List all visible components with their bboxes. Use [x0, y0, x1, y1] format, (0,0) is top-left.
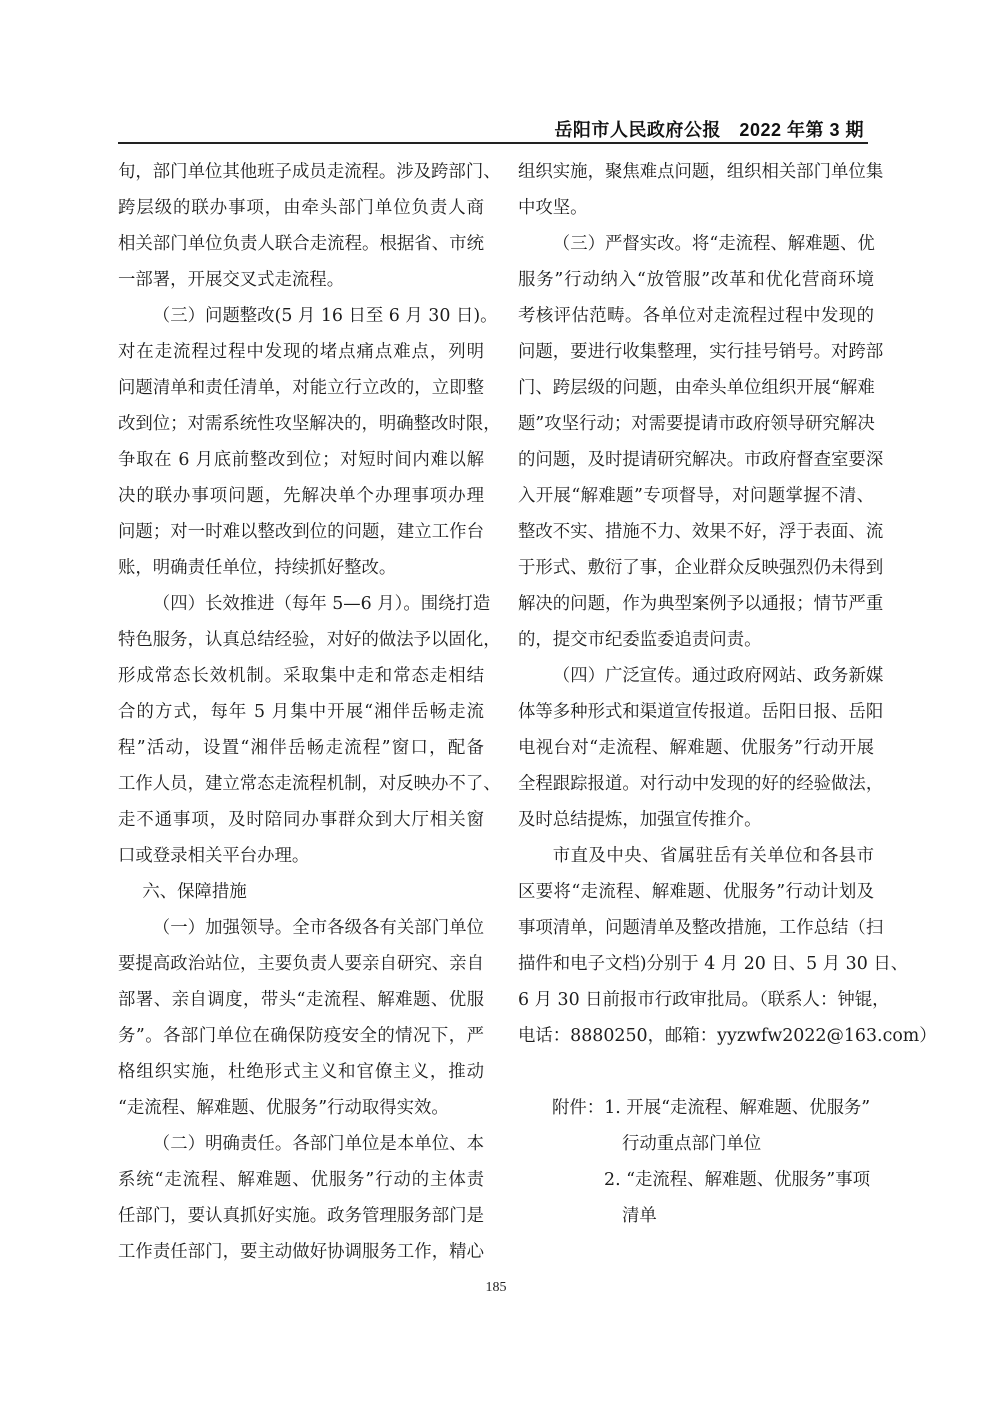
paragraph-continuation: 旬，部门单位其他班子成员走流程。涉及跨部门、 跨层级的联办事项，由牵头部门单位负… [118, 154, 484, 298]
text-line: 服务”行动纳入“放管服”改革和优化营商环境 [518, 262, 874, 298]
text-line: 部署、亲自调度，带头“走流程、解难题、优服 [118, 982, 484, 1018]
section-heading: 六、保障措施 [118, 874, 484, 910]
text-line: 区要将“走流程、解难题、优服务”行动计划及 [518, 874, 874, 910]
text-line: 工作人员，建立常态走流程机制，对反映办不了、 [118, 766, 484, 802]
text-line: 的问题，及时提请研究解决。市政府督查室要深 [518, 442, 874, 478]
paragraph-continuation: 组织实施，聚焦难点问题，组织相关部门单位集 中攻坚。 [518, 154, 874, 226]
text-line: 问题；对一时难以整改到位的问题，建立工作台 [118, 514, 484, 550]
page-header: 岳阳市人民政府公报 2022 年第 3 期 [118, 112, 868, 144]
text-line: 对在走流程过程中发现的堵点痛点难点，列明 [118, 334, 484, 370]
text-line: “走流程、解难题、优服务”行动取得实效。 [118, 1090, 484, 1126]
heading-safeguard-measures: 六、保障措施 [118, 874, 484, 910]
text-line: 合的方式，每年 5 月集中开展“湘伴岳畅走流 [118, 694, 484, 730]
text-line: 整改不实、措施不力、效果不好，浮于表面、流 [518, 514, 874, 550]
text-line: （四）长效推进（每年 5—6 月）。围绕打造 [118, 586, 484, 622]
text-line: 账，明确责任单位，持续抓好整改。 [118, 550, 484, 586]
text-line: 事项清单，问题清单及整改措施，工作总结（扫 [518, 910, 874, 946]
text-line: 6 月 30 日前报市行政审批局。（联系人：钟锟， [518, 982, 874, 1018]
text-line: 中攻坚。 [518, 190, 874, 226]
text-line: 门、跨层级的问题，由牵头单位组织开展“解难 [518, 370, 874, 406]
text-line: 问题清单和责任清单，对能立行立改的，立即整 [118, 370, 484, 406]
text-line: 相关部门单位负责人联合走流程。根据省、市统 [118, 226, 484, 262]
paragraph-clarify-responsibility: （二）明确责任。各部门单位是本单位、本 系统“走流程、解难题、优服务”行动的主体… [118, 1126, 484, 1270]
text-line: 全程跟踪报道。对行动中发现的好的经验做法， [518, 766, 874, 802]
text-line: 于形式、敷衍了事，企业群众反映强烈仍未得到 [518, 550, 874, 586]
paragraph-strengthen-leadership: （一）加强领导。全市各级各有关部门单位 要提高政治站位，主要负责人要亲自研究、亲… [118, 910, 484, 1126]
text-line: 口或登录相关平台办理。 [118, 838, 484, 874]
text-line: 解决的问题，作为典型案例予以通报；情节严重 [518, 586, 874, 622]
attachment-2-continuation: 清单 [552, 1198, 874, 1234]
text-line: 的，提交市纪委监委追责问责。 [518, 622, 874, 658]
journal-title: 岳阳市人民政府公报 2022 年第 3 期 [554, 116, 864, 142]
text-line: 工作责任部门，要主动做好协调服务工作，精心 [118, 1234, 484, 1270]
text-line: 任部门，要认真抓好实施。政务管理服务部门是 [118, 1198, 484, 1234]
text-line: （三）问题整改(5 月 16 日至 6 月 30 日)。 [118, 298, 484, 334]
text-line: 跨层级的联办事项，由牵头部门单位负责人商 [118, 190, 484, 226]
text-line: 决的联办事项问题，先解决单个办理事项办理 [118, 478, 484, 514]
text-line: 要提高政治站位，主要负责人要亲自研究、亲自 [118, 946, 484, 982]
attachments-list: 附件：1. 开展“走流程、解难题、优服务” 行动重点部门单位 2. “走流程、解… [552, 1090, 874, 1234]
attachments-label: 附件： [552, 1098, 604, 1118]
text-line: （三）严督实改。将“走流程、解难题、优 [518, 226, 874, 262]
text-line: 市直及中央、省属驻岳有关单位和各县市 [518, 838, 874, 874]
text-line: 系统“走流程、解难题、优服务”行动的主体责 [118, 1162, 484, 1198]
text-line: 特色服务，认真总结经验，对好的做法予以固化， [118, 622, 484, 658]
text-line: 程”活动，设置“湘伴岳畅走流程”窗口，配备 [118, 730, 484, 766]
spacer [518, 1054, 874, 1090]
text-line: 题”攻坚行动；对需要提请市政府领导研究解决 [518, 406, 874, 442]
paragraph-strict-supervision: （三）严督实改。将“走流程、解难题、优 服务”行动纳入“放管服”改革和优化营商环… [518, 226, 874, 658]
text-line: 及时总结提炼，加强宣传推介。 [518, 802, 874, 838]
attachment-item-1: 附件：1. 开展“走流程、解难题、优服务” [552, 1090, 874, 1126]
attachment-1-continuation: 行动重点部门单位 [552, 1126, 874, 1162]
text-line: 组织实施，聚焦难点问题，组织相关部门单位集 [518, 154, 874, 190]
text-line: 走不通事项，及时陪同办事群众到大厅相关窗 [118, 802, 484, 838]
text-line: 电视台对“走流程、解难题、优服务”行动开展 [518, 730, 874, 766]
page-number: 185 [0, 1280, 992, 1296]
text-line: 入开展“解难题”专项督导，对问题掌握不清、 [518, 478, 874, 514]
text-line: 一部署，开展交叉式走流程。 [118, 262, 484, 298]
right-column: 组织实施，聚焦难点问题，组织相关部门单位集 中攻坚。 （三）严督实改。将“走流程… [518, 154, 874, 1234]
paragraph-long-term-promotion: （四）长效推进（每年 5—6 月）。围绕打造 特色服务，认真总结经验，对好的做法… [118, 586, 484, 874]
text-line: 体等多种形式和渠道宣传报道。岳阳日报、岳阳 [518, 694, 874, 730]
paragraph-submission-instructions: 市直及中央、省属驻岳有关单位和各县市 区要将“走流程、解难题、优服务”行动计划及… [518, 838, 874, 1054]
contact-line: 电话：8880250，邮箱：yyzwfw2022@163.com） [518, 1018, 874, 1054]
attachment-1-title: 1. 开展“走流程、解难题、优服务” [604, 1098, 870, 1118]
attachment-item-2: 2. “走流程、解难题、优服务”事项 [552, 1162, 874, 1198]
text-line: 问题，要进行收集整理，实行挂号销号。对跨部 [518, 334, 874, 370]
paragraph-problem-rectification: （三）问题整改(5 月 16 日至 6 月 30 日)。 对在走流程过程中发现的… [118, 298, 484, 586]
text-line: 考核评估范畴。各单位对走流程过程中发现的 [518, 298, 874, 334]
text-line: 格组织实施，杜绝形式主义和官僚主义，推动 [118, 1054, 484, 1090]
text-line: 务”。各部门单位在确保防疫安全的情况下，严 [118, 1018, 484, 1054]
text-line: 旬，部门单位其他班子成员走流程。涉及跨部门、 [118, 154, 484, 190]
paragraph-publicity: （四）广泛宣传。通过政府网站、政务新媒 体等多种形式和渠道宣传报道。岳阳日报、岳… [518, 658, 874, 838]
text-line: （二）明确责任。各部门单位是本单位、本 [118, 1126, 484, 1162]
text-line: 改到位；对需系统性攻坚解决的，明确整改时限， [118, 406, 484, 442]
text-line: （四）广泛宣传。通过政府网站、政务新媒 [518, 658, 874, 694]
text-line: 形成常态长效机制。采取集中走和常态走相结 [118, 658, 484, 694]
text-line: 争取在 6 月底前整改到位；对短时间内难以解 [118, 442, 484, 478]
left-column: 旬，部门单位其他班子成员走流程。涉及跨部门、 跨层级的联办事项，由牵头部门单位负… [118, 154, 484, 1270]
text-line: 描件和电子文档)分别于 4 月 20 日、5 月 30 日、 [518, 946, 874, 982]
text-line: （一）加强领导。全市各级各有关部门单位 [118, 910, 484, 946]
